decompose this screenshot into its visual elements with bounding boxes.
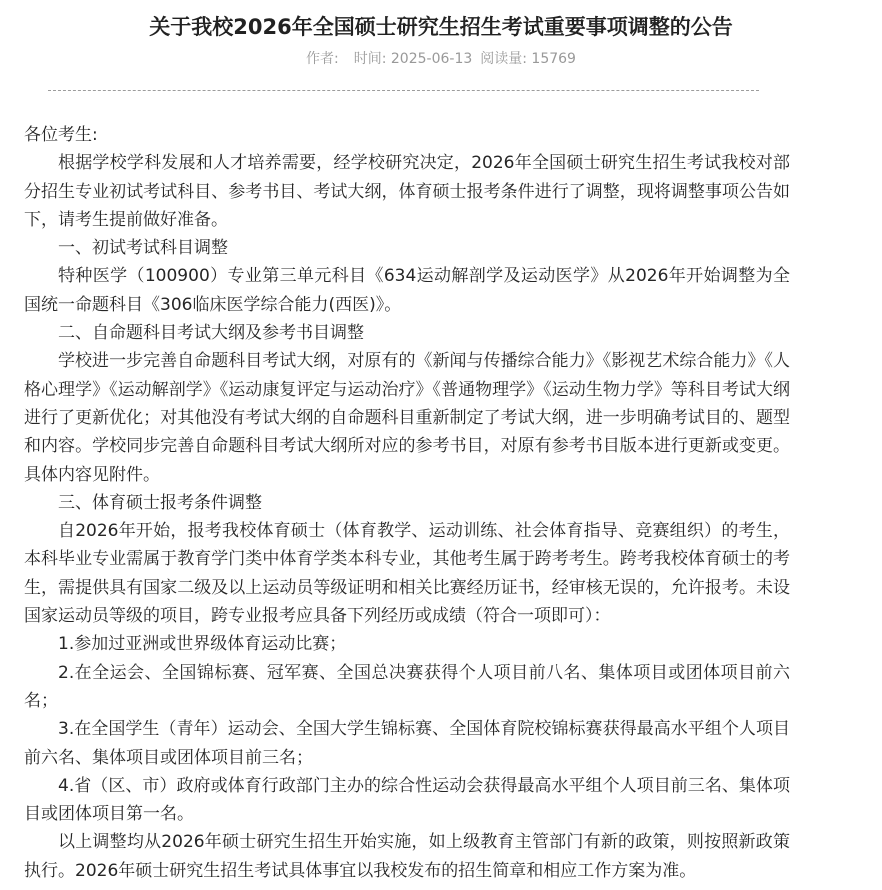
salutation-line: 各位考生:	[24, 121, 790, 149]
meta-views: 阅读量: 15769	[480, 49, 576, 69]
section-1-paragraph: 特种医学（100900）专业第三单元科目《634运动解剖学及运动医学》从2026…	[24, 262, 790, 319]
section-2-paragraph: 学校进一步完善自命题科目考试大纲，对原有的《新闻与传播综合能力》《影视艺术综合能…	[24, 347, 790, 488]
announcement-page: 关于我校2026年全国硕士研究生招生考试重要事项调整的公告 作者: 时间: 20…	[0, 0, 882, 890]
page-title: 关于我校2026年全国硕士研究生招生考试重要事项调整的公告	[0, 0, 882, 42]
section-1-heading: 一、初试考试科目调整	[24, 234, 790, 262]
meta-row: 作者: 时间: 2025-06-13 阅读量: 15769	[0, 49, 882, 69]
condition-item-3: 3.在全国学生（青年）运动会、全国大学生锦标赛、全国体育院校锦标赛获得最高水平组…	[24, 715, 790, 772]
meta-time: 时间: 2025-06-13	[354, 49, 473, 69]
closing-paragraph: 以上调整均从2026年硕士研究生招生开始实施，如上级教育主管部门有新的政策，则按…	[24, 828, 790, 885]
announcement-body: 各位考生: 根据学校学科发展和人才培养需要，经学校研究决定，2026年全国硕士研…	[24, 121, 790, 885]
section-2-heading: 二、自命题科目考试大纲及参考书目调整	[24, 319, 790, 347]
divider	[48, 90, 759, 91]
condition-item-2: 2.在全运会、全国锦标赛、冠军赛、全国总决赛获得个人项目前八名、集体项目或团体项…	[24, 659, 790, 716]
section-3-heading: 三、体育硕士报考条件调整	[24, 489, 790, 517]
condition-item-4: 4.省（区、市）政府或体育行政部门主办的综合性运动会获得最高水平组个人项目前三名…	[24, 772, 790, 829]
meta-author-label: 作者:	[306, 49, 339, 69]
condition-item-1: 1.参加过亚洲或世界级体育运动比赛；	[24, 630, 790, 658]
intro-paragraph: 根据学校学科发展和人才培养需要，经学校研究决定，2026年全国硕士研究生招生考试…	[24, 149, 790, 234]
section-3-paragraph: 自2026年开始，报考我校体育硕士（体育教学、运动训练、社会体育指导、竞赛组织）…	[24, 517, 790, 630]
